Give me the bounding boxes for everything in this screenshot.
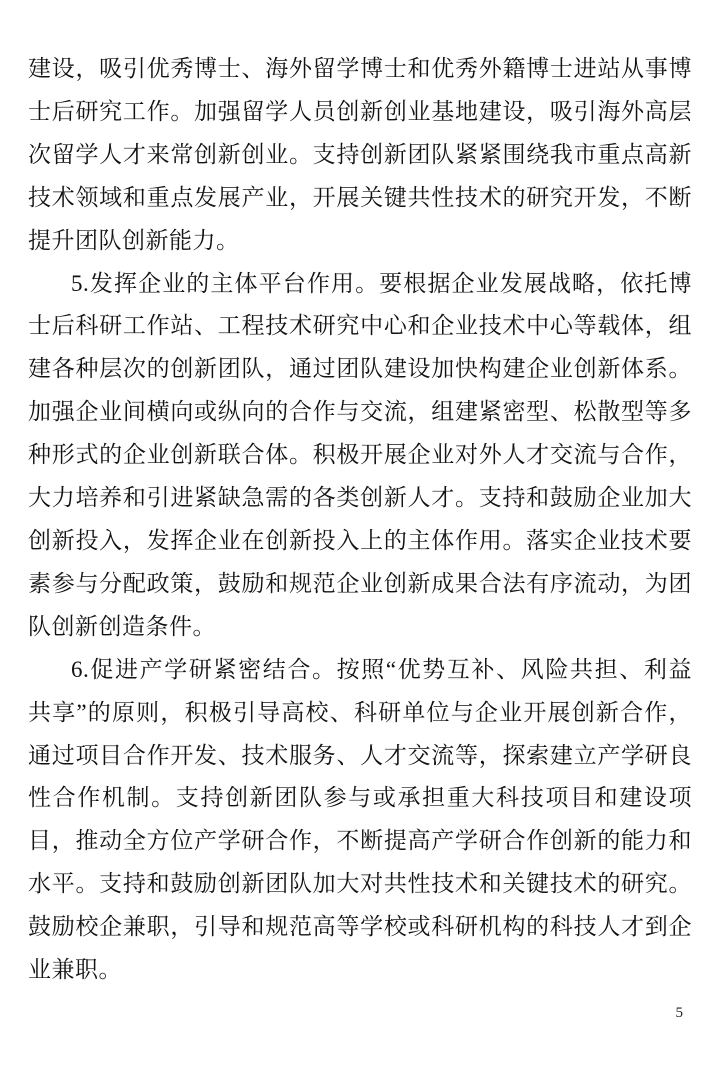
text-line: 提升团队创新能力。 (28, 220, 692, 263)
text-line: 5.发挥企业的主体平台作用。要根据企业发展战略，依托博 (28, 263, 692, 306)
text-line: 通过项目合作开发、技术服务、人才交流等，探索建立产学研良 (28, 735, 692, 778)
text-line: 素参与分配政策，鼓励和规范企业创新成果合法有序流动，为团 (28, 563, 692, 606)
text-line: 加强企业间横向或纵向的合作与交流，组建紧密型、松散型等多 (28, 391, 692, 434)
text-line: 目，推动全方位产学研合作，不断提高产学研合作创新的能力和 (28, 820, 692, 863)
text-line: 队创新创造条件。 (28, 606, 692, 649)
text-line: 共享”的原则，积极引导高校、科研单位与企业开展创新合作， (28, 692, 692, 735)
paragraph-continuation: 建设，吸引优秀博士、海外留学博士和优秀外籍博士进站从事博 士后研究工作。加强留学… (28, 48, 692, 263)
text-line: 技术领域和重点发展产业，开展关键共性技术的研究开发，不断 (28, 177, 692, 220)
paragraph-item-5: 5.发挥企业的主体平台作用。要根据企业发展战略，依托博 士后科研工作站、工程技术… (28, 263, 692, 649)
text-line: 建各种层次的创新团队，通过团队建设加快构建企业创新体系。 (28, 348, 692, 391)
text-line: 水平。支持和鼓励创新团队加大对共性技术和关键技术的研究。 (28, 863, 692, 906)
text-line: 业兼职。 (28, 949, 692, 992)
document-page: 建设，吸引优秀博士、海外留学博士和优秀外籍博士进站从事博 士后研究工作。加强留学… (0, 0, 720, 1077)
text-line: 大力培养和引进紧缺急需的各类创新人才。支持和鼓励企业加大 (28, 477, 692, 520)
text-line: 士后研究工作。加强留学人员创新创业基地建设，吸引海外高层 (28, 91, 692, 134)
text-line: 种形式的企业创新联合体。积极开展企业对外人才交流与合作， (28, 434, 692, 477)
text-line: 建设，吸引优秀博士、海外留学博士和优秀外籍博士进站从事博 (28, 48, 692, 91)
text-line: 士后科研工作站、工程技术研究中心和企业技术中心等载体，组 (28, 305, 692, 348)
text-line: 次留学人才来常创新创业。支持创新团队紧紧围绕我市重点高新 (28, 134, 692, 177)
text-line: 6.促进产学研紧密结合。按照“优势互补、风险共担、利益 (28, 649, 692, 692)
paragraph-item-6: 6.促进产学研紧密结合。按照“优势互补、风险共担、利益 共享”的原则，积极引导高… (28, 649, 692, 992)
text-line: 鼓励校企兼职，引导和规范高等学校或科研机构的科技人才到企 (28, 906, 692, 949)
document-text: 建设，吸引优秀博士、海外留学博士和优秀外籍博士进站从事博 士后研究工作。加强留学… (28, 48, 692, 992)
page-number: 5 (676, 1004, 684, 1022)
text-line: 性合作机制。支持创新团队参与或承担重大科技项目和建设项 (28, 777, 692, 820)
text-line: 创新投入，发挥企业在创新投入上的主体作用。落实企业技术要 (28, 520, 692, 563)
